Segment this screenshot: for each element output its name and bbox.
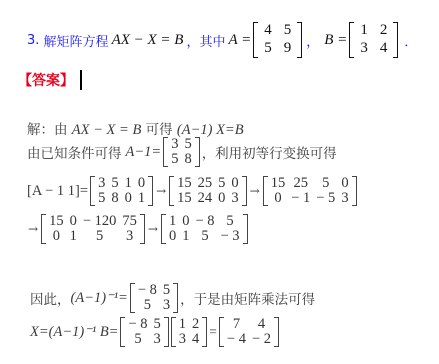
matrix-a-minus-1: 35 58	[163, 137, 200, 167]
matrix-cell: 5	[181, 137, 194, 152]
matrix-cell: − 120	[80, 214, 120, 229]
matrix-cell: − 8	[135, 283, 160, 298]
matrix-cell: 0	[122, 191, 135, 206]
math-text: 解：由	[27, 122, 68, 138]
matrix-cell: 0	[215, 191, 228, 206]
answer-label: 【答案】	[18, 70, 82, 90]
matrix-cell: 5	[278, 22, 298, 40]
matrix-cell: 3	[338, 191, 351, 206]
matrix-cell: 15	[174, 176, 195, 191]
augmented-matrix-2: 152550 152403	[169, 176, 247, 206]
question-equation: AX − X = B	[112, 32, 184, 49]
augmented-matrix-5: 10− 85 015− 3	[161, 214, 248, 244]
matrix-cell: 5	[160, 283, 173, 298]
matrix-cell: 1	[122, 176, 135, 191]
matrix-cell: − 3	[218, 229, 243, 244]
matrix-a-label: A =	[228, 32, 251, 49]
math-text	[173, 283, 178, 313]
matrix-cell: − 4	[224, 332, 249, 347]
matrix-cell: 5	[192, 229, 217, 244]
math-text: AX − X = B	[72, 122, 142, 138]
math-text	[242, 176, 247, 206]
matrix-cell: 3	[119, 229, 140, 244]
matrix-cell: 24	[195, 191, 216, 206]
matrix-cell: 3	[168, 137, 181, 152]
math-text	[393, 22, 398, 58]
matrix-cell: 0	[135, 176, 148, 191]
math-text	[148, 176, 153, 206]
matrix-cell: 5	[95, 191, 108, 206]
matrix-cell: 4	[249, 317, 274, 332]
augmented-matrix-4: 150− 12075 0153	[41, 214, 145, 244]
arrow-icon: →	[148, 222, 158, 236]
math-text: =	[209, 324, 217, 340]
matrix-cell: − 2	[249, 332, 274, 347]
math-text: 由已知条件可得	[27, 142, 122, 162]
matrix-cell: 25	[195, 176, 216, 191]
augmented-matrix-1: 3510 5801	[90, 176, 153, 206]
question-end: ．	[404, 31, 417, 50]
solution-line-4: → 150− 12075 0153 → 10− 85 015− 3	[27, 214, 250, 244]
matrix-cell: 5	[151, 317, 164, 332]
arrow-icon: →	[156, 184, 166, 198]
matrix-cell: 25	[288, 176, 313, 191]
question-where: ，其中	[186, 31, 225, 50]
matrix-cell: 1	[135, 191, 148, 206]
math-text	[195, 137, 200, 167]
math-text	[274, 317, 279, 347]
matrix-b-product: 12 34	[171, 317, 208, 347]
matrix-cell: 1	[166, 214, 179, 229]
matrix-cell: 5	[135, 298, 160, 313]
matrix-cell: 5	[108, 176, 121, 191]
solution-line-2: 由已知条件可得 A−1= 35 58 ，利用初等行变换可得	[27, 137, 337, 167]
matrix-inverse-product: − 85 53	[120, 317, 168, 347]
matrix-cell: 0	[228, 176, 241, 191]
text-cursor	[80, 70, 82, 90]
matrix-cell: − 8	[192, 214, 217, 229]
question: 3. 解矩阵方程 AX − X = B ，其中 A = 45 59 ， B = …	[27, 20, 417, 60]
matrix-a: 45 59	[253, 22, 302, 58]
matrix-cell: 4	[258, 22, 278, 40]
solution-line-5: 因此， (A−1)⁻¹= − 85 53 ，于是由矩阵乘法可得	[30, 283, 315, 313]
matrix-cell: − 8	[125, 317, 150, 332]
math-text: A−1=	[126, 144, 162, 161]
matrix-cell: 2	[374, 22, 394, 40]
matrix-cell: 8	[108, 191, 121, 206]
matrix-cell: 3	[151, 332, 164, 347]
matrix-cell: 5	[168, 152, 181, 167]
matrix-cell: 5	[313, 176, 338, 191]
math-text: 因此，	[30, 288, 71, 308]
matrix-result: 74 − 4− 2	[219, 317, 279, 347]
matrix-cell: 3	[95, 176, 108, 191]
matrix-cell: 0	[166, 229, 179, 244]
question-number: 3.	[27, 33, 39, 48]
math-text	[164, 317, 169, 347]
matrix-cell: 0	[268, 191, 289, 206]
matrix-cell: − 1	[288, 191, 313, 206]
math-text: [A − 1 1]=	[27, 183, 88, 200]
matrix-cell: 0	[67, 214, 80, 229]
matrix-cell: 2	[189, 317, 202, 332]
matrix-cell: 3	[228, 191, 241, 206]
matrix-cell: 0	[46, 229, 67, 244]
math-text: 【答案】	[18, 70, 74, 90]
matrix-cell: − 5	[313, 191, 338, 206]
matrix-cell: 1	[354, 22, 374, 40]
math-text	[140, 214, 145, 244]
matrix-b-label: B =	[324, 32, 347, 49]
math-text	[202, 317, 207, 347]
matrix-cell: 1	[176, 317, 189, 332]
matrix-cell: 5	[218, 214, 243, 229]
math-text: 可得	[146, 122, 173, 138]
math-text	[352, 176, 357, 206]
matrix-cell: 5	[125, 332, 150, 347]
math-text	[297, 22, 302, 58]
matrix-b: 12 34	[349, 22, 398, 58]
matrix-cell: 3	[176, 332, 189, 347]
matrix-cell: 75	[119, 214, 140, 229]
augmented-matrix-3: 152550 0− 1− 53	[263, 176, 357, 206]
matrix-cell: 5	[258, 40, 278, 58]
matrix-cell: 1	[67, 229, 80, 244]
matrix-cell: 1	[179, 229, 192, 244]
math-text: (A−1)⁻¹=	[71, 290, 128, 307]
math-text: X=(A−1)⁻¹ B=	[30, 324, 118, 341]
matrix-cell: 15	[268, 176, 289, 191]
matrix-cell: 3	[160, 298, 173, 313]
matrix-inverse: − 85 53	[130, 283, 178, 313]
math-text: ，利用初等行变换可得	[202, 142, 337, 162]
matrix-cell: 5	[215, 176, 228, 191]
matrix-cell: 4	[374, 40, 394, 58]
matrix-cell: 15	[174, 191, 195, 206]
matrix-cell: 3	[354, 40, 374, 58]
arrow-icon: →	[250, 184, 260, 198]
arrow-icon: →	[28, 222, 38, 236]
solution-line-3: [A − 1 1]= 3510 5801 → 152550 152403 → 1…	[27, 176, 359, 206]
matrix-cell: 5	[80, 229, 120, 244]
question-sep: ，	[306, 31, 319, 50]
solution-line-1: 解：由 AX − X = B 可得 (A−1) X=B	[27, 118, 244, 139]
matrix-cell: 9	[278, 40, 298, 58]
matrix-cell: 0	[338, 176, 351, 191]
matrix-cell: 0	[179, 214, 192, 229]
matrix-cell: 15	[46, 214, 67, 229]
question-prefix: 解矩阵方程	[44, 31, 109, 50]
solution-line-6: X=(A−1)⁻¹ B= − 85 53 12 34 = 74 − 4− 2	[30, 317, 281, 347]
matrix-cell: 4	[189, 332, 202, 347]
math-text	[243, 214, 248, 244]
matrix-cell: 8	[181, 152, 194, 167]
matrix-cell: 7	[224, 317, 249, 332]
math-text: ，于是由矩阵乘法可得	[180, 288, 315, 308]
